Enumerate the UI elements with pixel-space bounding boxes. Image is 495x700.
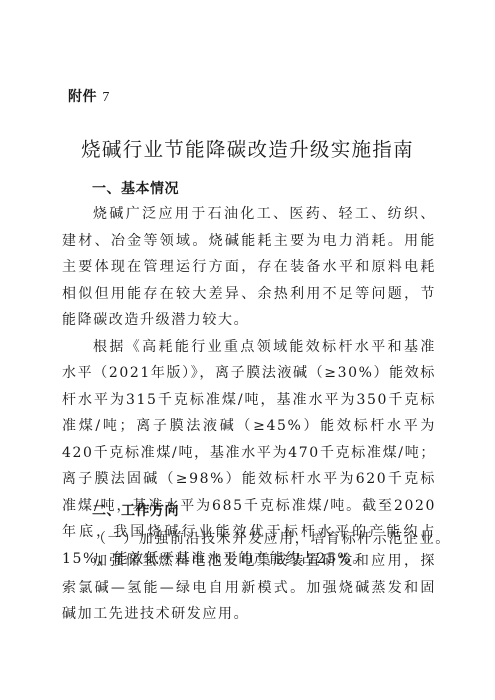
- document-page: 附件 7 烧碱行业节能降碳改造升级实施指南 一、基本情况 烧碱广泛应用于石油化工…: [0, 0, 495, 700]
- attachment-label: 附件 7: [68, 86, 110, 106]
- section-heading-work-direction: 二、工作方向: [92, 500, 179, 520]
- attachment-label-text: 附件: [68, 89, 97, 105]
- section-heading-basic-situation: 一、基本情况: [92, 178, 179, 198]
- attachment-number: 7: [102, 90, 110, 105]
- paragraph: 加强储氢燃料电池发电集成装置研发和应用，探索氯碱—氢能—绿电自用新模式。加强烧碱…: [62, 548, 436, 628]
- paragraph: 烧碱广泛应用于石油化工、医药、轻工、纺织、建材、冶金等领域。烧碱能耗主要为电力消…: [62, 201, 436, 334]
- section-body-work-direction: 加强储氢燃料电池发电集成装置研发和应用，探索氯碱—氢能—绿电自用新模式。加强烧碱…: [62, 548, 436, 628]
- document-title: 烧碱行业节能降碳改造升级实施指南: [0, 134, 495, 162]
- subsection-heading: （一）加强前沿技术开发应用，培育标杆示范企业。: [92, 528, 451, 548]
